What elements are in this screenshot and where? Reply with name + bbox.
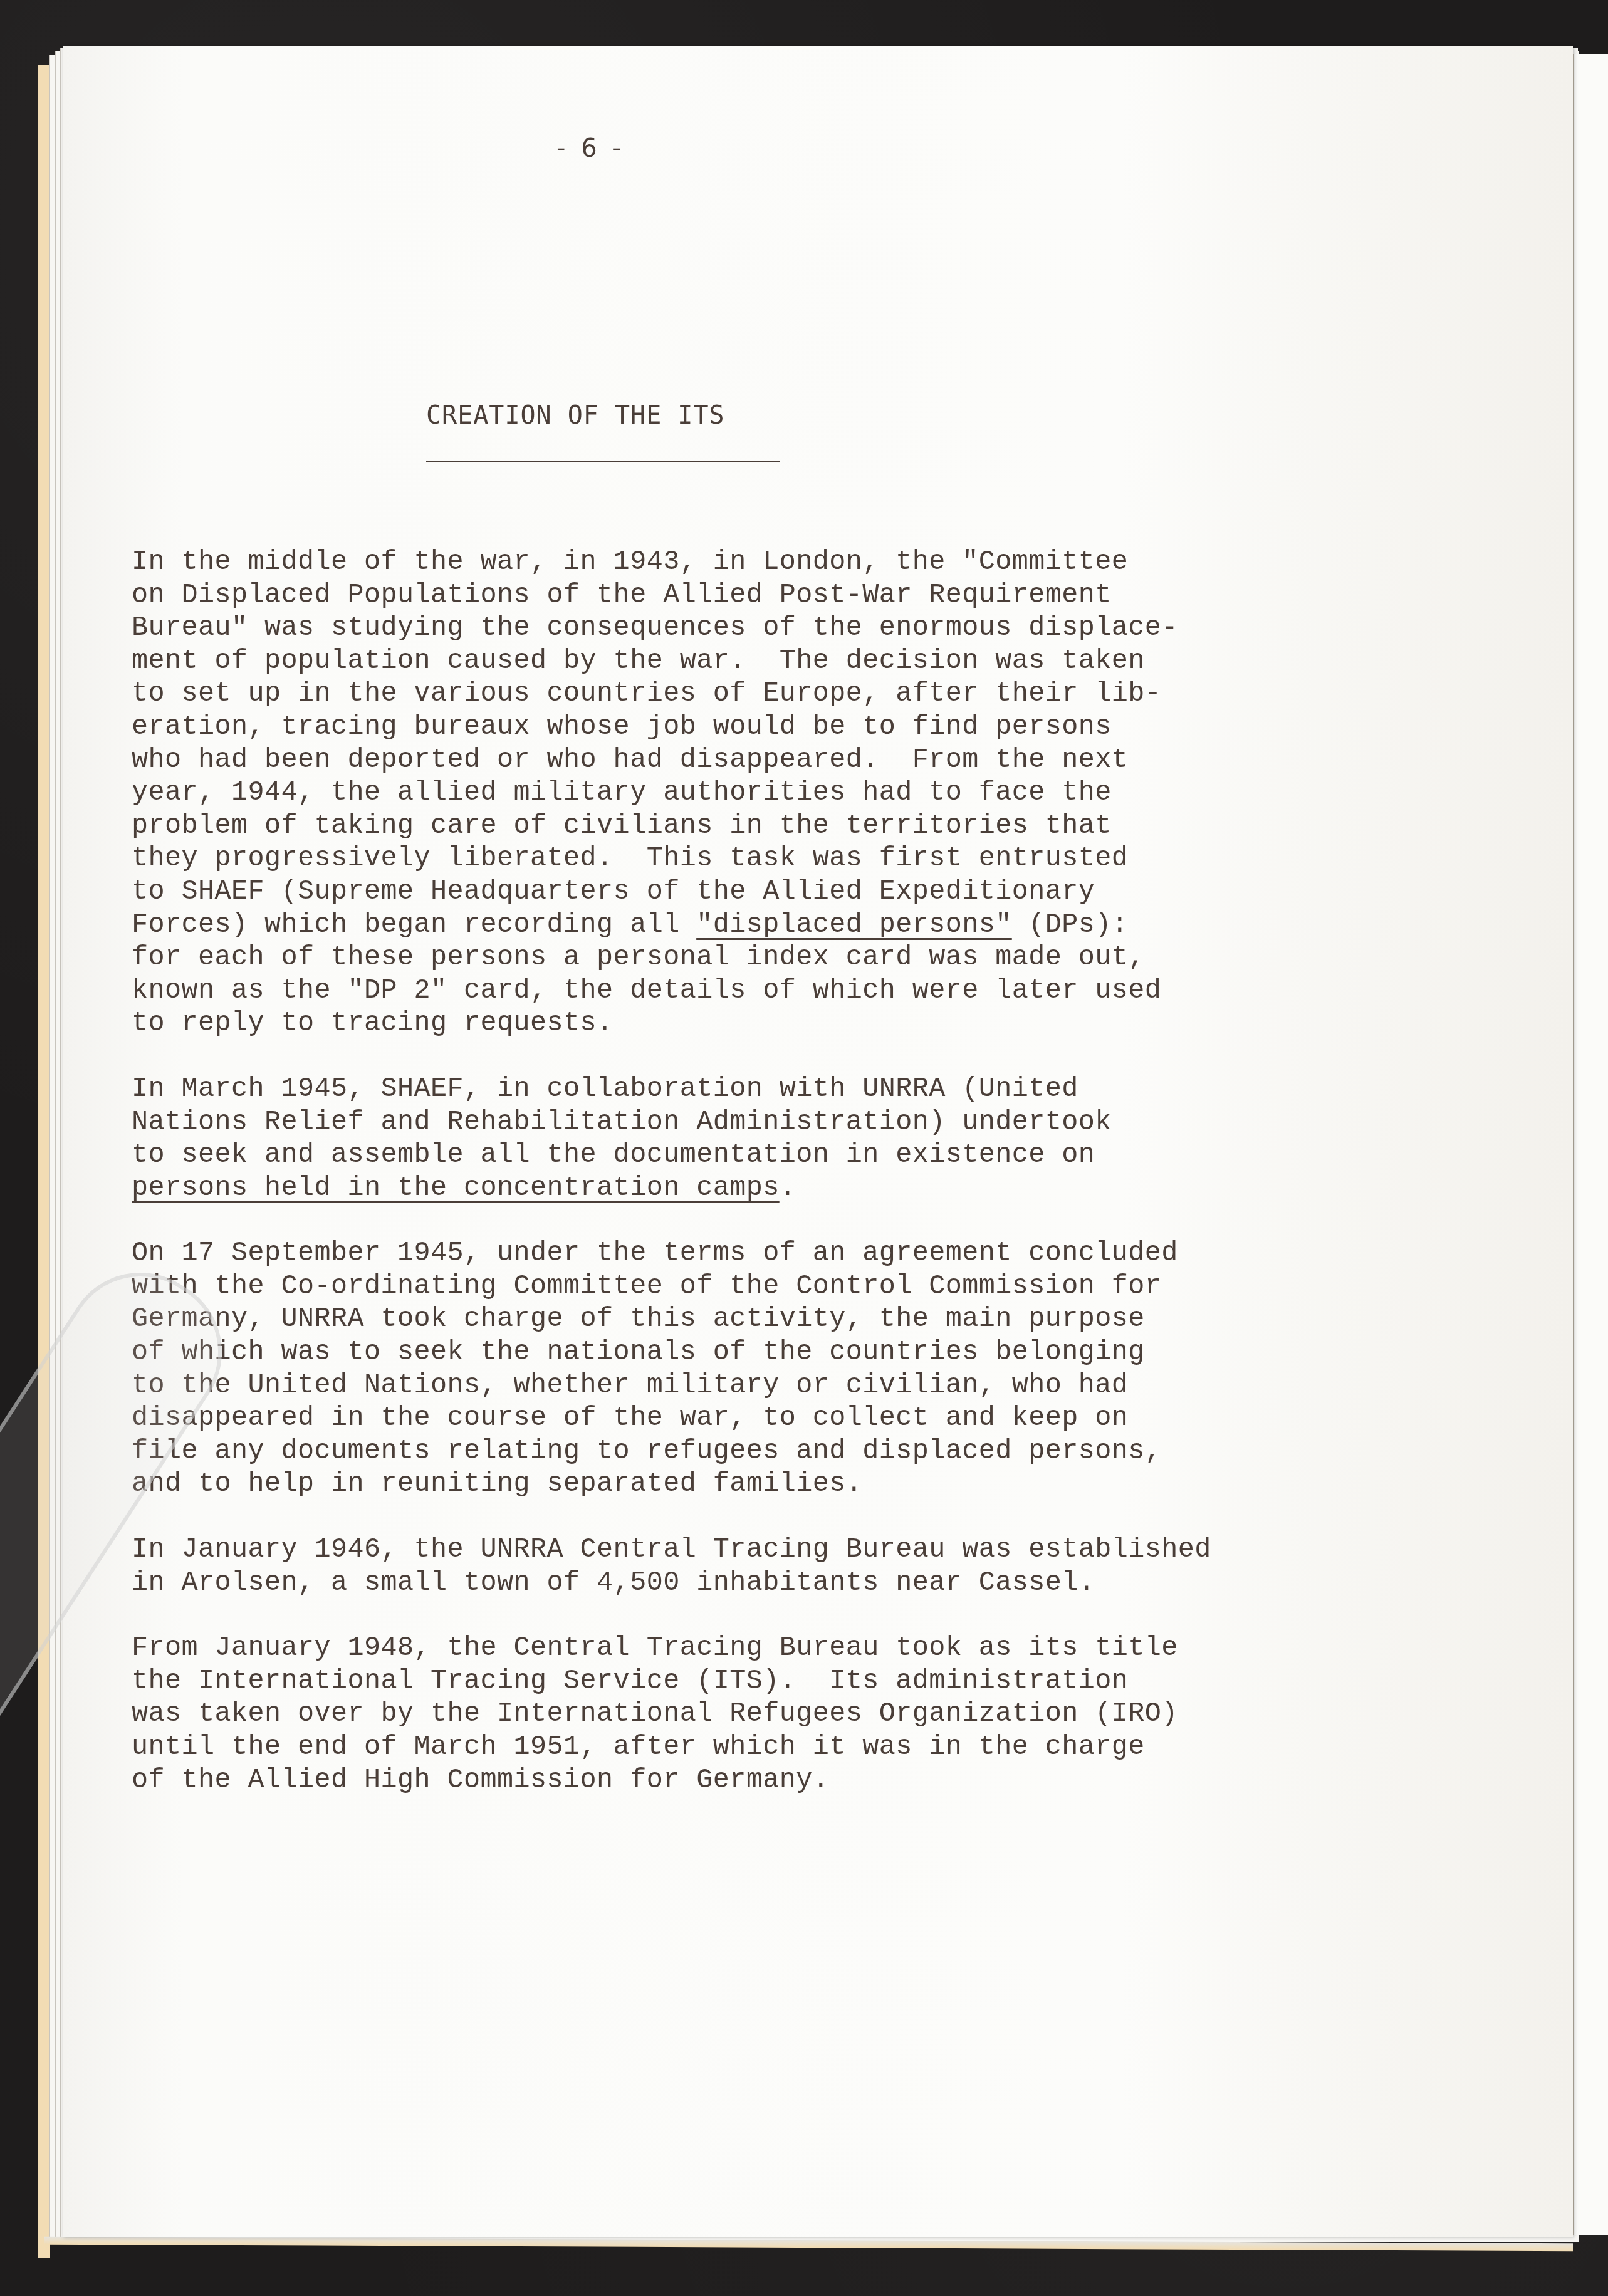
paragraph-p4: In January 1946, the UNRRA Central Traci…: [132, 1534, 1385, 1600]
text-line: to seek and assemble all the documentati…: [132, 1139, 1385, 1172]
paragraph-p1: In the middle of the war, in 1943, in Lo…: [132, 546, 1385, 1041]
text-line: In January 1946, the UNRRA Central Traci…: [132, 1534, 1385, 1567]
text-line: of which was to seek the nationals of th…: [132, 1337, 1385, 1370]
text-run: who had been deported or who had disappe…: [132, 745, 1128, 776]
text-run: Forces) which began recording all: [132, 910, 696, 941]
text-run: on Displaced Populations of the Allied P…: [132, 580, 1112, 611]
text-line: persons held in the concentration camps.: [132, 1172, 1385, 1206]
text-line: on Displaced Populations of the Allied P…: [132, 580, 1385, 613]
text-run: with the Co-ordinating Committee of the …: [132, 1271, 1161, 1302]
text-run: of which was to seek the nationals of th…: [132, 1337, 1145, 1368]
text-line: with the Co-ordinating Committee of the …: [132, 1271, 1385, 1304]
text-line: Germany, UNRRA took charge of this activ…: [132, 1303, 1385, 1337]
text-line: was taken over by the International Refu…: [132, 1698, 1385, 1731]
text-run: Bureau" was studying the consequences of…: [132, 613, 1178, 644]
text-run: and to help in reuniting separated famil…: [132, 1469, 862, 1500]
text-run: until the end of March 1951, after which…: [132, 1732, 1145, 1763]
text-line: In March 1945, SHAEF, in collaboration w…: [132, 1073, 1385, 1107]
text-run: Germany, UNRRA took charge of this activ…: [132, 1304, 1145, 1335]
text-line: and to help in reuniting separated famil…: [132, 1468, 1385, 1501]
text-line: known as the "DP 2" card, the details of…: [132, 975, 1385, 1008]
text-line: of the Allied High Commission for German…: [132, 1765, 1385, 1798]
text-line: problem of taking care of civilians in t…: [132, 810, 1385, 843]
text-run: file any documents relating to refugees …: [132, 1436, 1161, 1467]
paragraph-p2: In March 1945, SHAEF, in collaboration w…: [132, 1073, 1385, 1205]
underlined-phrase: "displaced persons": [696, 910, 1012, 941]
text-run: (DPs):: [1012, 910, 1129, 941]
text-line: to the United Nations, whether military …: [132, 1370, 1385, 1403]
paragraph-p5: From January 1948, the Central Tracing B…: [132, 1632, 1385, 1797]
folder-edge: [38, 65, 50, 2258]
text-run: Nations Relief and Rehabilitation Admini…: [132, 1107, 1112, 1138]
section-title: CREATION OF THE ITS: [426, 401, 725, 430]
text-line: disappeared in the course of the war, to…: [132, 1402, 1385, 1436]
body-text: In the middle of the war, in 1943, in Lo…: [132, 546, 1385, 1797]
text-run: In the middle of the war, in 1943, in Lo…: [132, 547, 1128, 578]
text-line: Bureau" was studying the consequences of…: [132, 612, 1385, 645]
text-line: file any documents relating to refugees …: [132, 1436, 1385, 1469]
text-run: for each of these persons a personal ind…: [132, 942, 1145, 973]
text-run: problem of taking care of civilians in t…: [132, 811, 1112, 842]
text-run: .: [780, 1173, 796, 1204]
text-line: to SHAEF (Supreme Headquarters of the Al…: [132, 876, 1385, 909]
text-run: in Arolsen, a small town of 4,500 inhabi…: [132, 1568, 1095, 1599]
text-run: to the United Nations, whether military …: [132, 1370, 1128, 1401]
text-run: year, 1944, the allied military authorit…: [132, 778, 1112, 808]
page-number: - 6 -: [556, 134, 625, 163]
text-line: to set up in the various countries of Eu…: [132, 678, 1385, 711]
text-run: to set up in the various countries of Eu…: [132, 679, 1161, 709]
text-run: of the Allied High Commission for German…: [132, 1765, 829, 1796]
text-run: known as the "DP 2" card, the details of…: [132, 976, 1161, 1006]
text-run: In March 1945, SHAEF, in collaboration w…: [132, 1074, 1078, 1105]
text-run: disappeared in the course of the war, to…: [132, 1403, 1128, 1434]
text-line: From January 1948, the Central Tracing B…: [132, 1632, 1385, 1666]
text-run: From January 1948, the Central Tracing B…: [132, 1633, 1178, 1664]
text-line: ment of population caused by the war. Th…: [132, 645, 1385, 679]
text-line: In the middle of the war, in 1943, in Lo…: [132, 546, 1385, 580]
text-line: the International Tracing Service (ITS).…: [132, 1666, 1385, 1699]
text-line: in Arolsen, a small town of 4,500 inhabi…: [132, 1567, 1385, 1600]
text-run: the International Tracing Service (ITS).…: [132, 1666, 1128, 1697]
text-line: Nations Relief and Rehabilitation Admini…: [132, 1107, 1385, 1140]
text-line: Forces) which began recording all "displ…: [132, 909, 1385, 942]
text-run: to SHAEF (Supreme Headquarters of the Al…: [132, 877, 1095, 907]
text-run: to seek and assemble all the documentati…: [132, 1140, 1095, 1171]
adjacent-page-edge: [1574, 54, 1608, 2235]
text-run: to reply to tracing requests.: [132, 1008, 613, 1039]
text-line: eration, tracing bureaux whose job would…: [132, 711, 1385, 744]
underlined-phrase: persons held in the concentration camps: [132, 1173, 780, 1204]
text-run: they progressively liberated. This task …: [132, 843, 1128, 874]
text-line: until the end of March 1951, after which…: [132, 1731, 1385, 1765]
text-run: was taken over by the International Refu…: [132, 1699, 1178, 1730]
text-run: On 17 September 1945, under the terms of…: [132, 1238, 1178, 1269]
title-underline: [426, 461, 780, 462]
text-line: who had been deported or who had disappe…: [132, 744, 1385, 778]
text-run: eration, tracing bureaux whose job would…: [132, 712, 1112, 743]
text-run: ment of population caused by the war. Th…: [132, 646, 1145, 677]
text-line: On 17 September 1945, under the terms of…: [132, 1238, 1385, 1271]
text-line: for each of these persons a personal ind…: [132, 942, 1385, 975]
text-line: to reply to tracing requests.: [132, 1008, 1385, 1041]
text-line: they progressively liberated. This task …: [132, 843, 1385, 876]
paragraph-p3: On 17 September 1945, under the terms of…: [132, 1238, 1385, 1501]
text-line: year, 1944, the allied military authorit…: [132, 777, 1385, 810]
text-run: In January 1946, the UNRRA Central Traci…: [132, 1535, 1211, 1565]
